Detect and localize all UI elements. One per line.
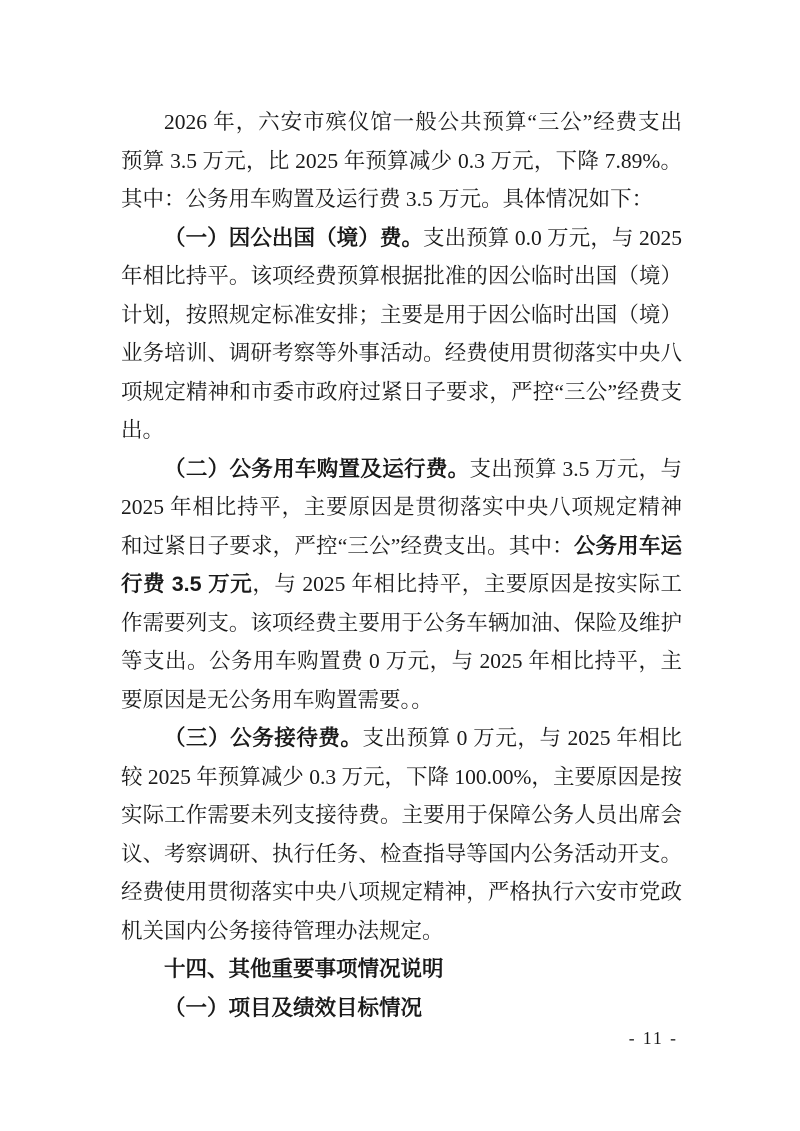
body-paragraph: 2026 年，六安市殡仪馆一般公共预算“三公”经费支出预算 3.5 万元，比 2… xyxy=(121,103,682,219)
text-run: 支出预算 0 万元，与 2025 年相比较 2025 年预算减少 0.3 万元，… xyxy=(121,726,682,943)
text-run: 支出预算 0.0 万元，与 2025 年相比持平。该项经费预算根据批准的因公临时… xyxy=(121,226,682,443)
emphasis-run: （二）公务用车购置及运行费。 xyxy=(164,457,469,481)
document-page: 2026 年，六安市殡仪馆一般公共预算“三公”经费支出预算 3.5 万元，比 2… xyxy=(0,0,800,1131)
emphasis-run: （一）项目及绩效目标情况 xyxy=(164,996,422,1020)
body-paragraph: （三）公务接待费。支出预算 0 万元，与 2025 年相比较 2025 年预算减… xyxy=(121,719,682,950)
text-run: 2026 年，六安市殡仪馆一般公共预算“三公”经费支出预算 3.5 万元，比 2… xyxy=(121,110,682,211)
document-body: 2026 年，六安市殡仪馆一般公共预算“三公”经费支出预算 3.5 万元，比 2… xyxy=(121,103,682,1027)
page-number: - 11 - xyxy=(629,1028,678,1048)
section-heading: 十四、其他重要事项情况说明 xyxy=(121,950,682,989)
body-paragraph: （一）因公出国（境）费。支出预算 0.0 万元，与 2025 年相比持平。该项经… xyxy=(121,219,682,450)
emphasis-run: （一）因公出国（境）费。 xyxy=(164,226,423,250)
section-heading: （一）项目及绩效目标情况 xyxy=(121,989,682,1028)
emphasis-run: 十四、其他重要事项情况说明 xyxy=(164,957,444,981)
emphasis-run: （三）公务接待费。 xyxy=(164,726,362,750)
body-paragraph: （二）公务用车购置及运行费。支出预算 3.5 万元，与 2025 年相比持平，主… xyxy=(121,450,682,720)
